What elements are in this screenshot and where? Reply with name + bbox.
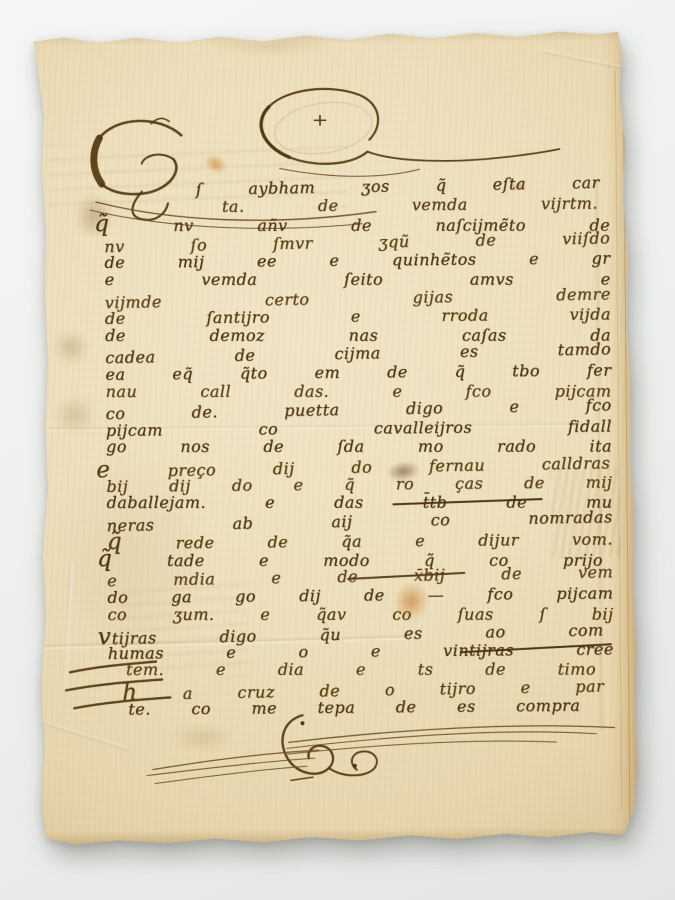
paper-stain — [54, 396, 96, 434]
manuscript-line-29: te. co me tepa de es compra — [128, 696, 580, 719]
paper-stain — [53, 330, 89, 364]
worn-top-edge — [26, 29, 632, 46]
manuscript-page-wrap: + ſ aybham ʒos q̃ eſta carta. de vemda v… — [26, 29, 639, 846]
fold-crease — [42, 720, 131, 751]
manuscript-page: + ſ aybham ʒos q̃ eſta carta. de vemda v… — [26, 29, 639, 846]
manuscript-text: ſ aybham ʒos q̃ eſta carta. de vemda vij… — [94, 176, 619, 720]
photo-background: + ſ aybham ʒos q̃ eſta carta. de vemda v… — [0, 0, 675, 900]
manuscript-line-20: q̃ rede de q̃a e dijur vom. — [107, 529, 613, 552]
closing-flourish — [146, 713, 615, 784]
manuscript-line-2: ta. de vemda vijrtm. — [222, 194, 598, 216]
paper-stain — [206, 36, 336, 55]
paper-stain — [171, 725, 235, 752]
cross-mark: + — [311, 110, 328, 130]
worn-left-edge — [26, 35, 45, 847]
opening-flourish — [261, 87, 560, 177]
worn-bottom-edge — [33, 826, 639, 846]
paper-stain — [201, 150, 231, 177]
fold-crease — [62, 562, 75, 690]
